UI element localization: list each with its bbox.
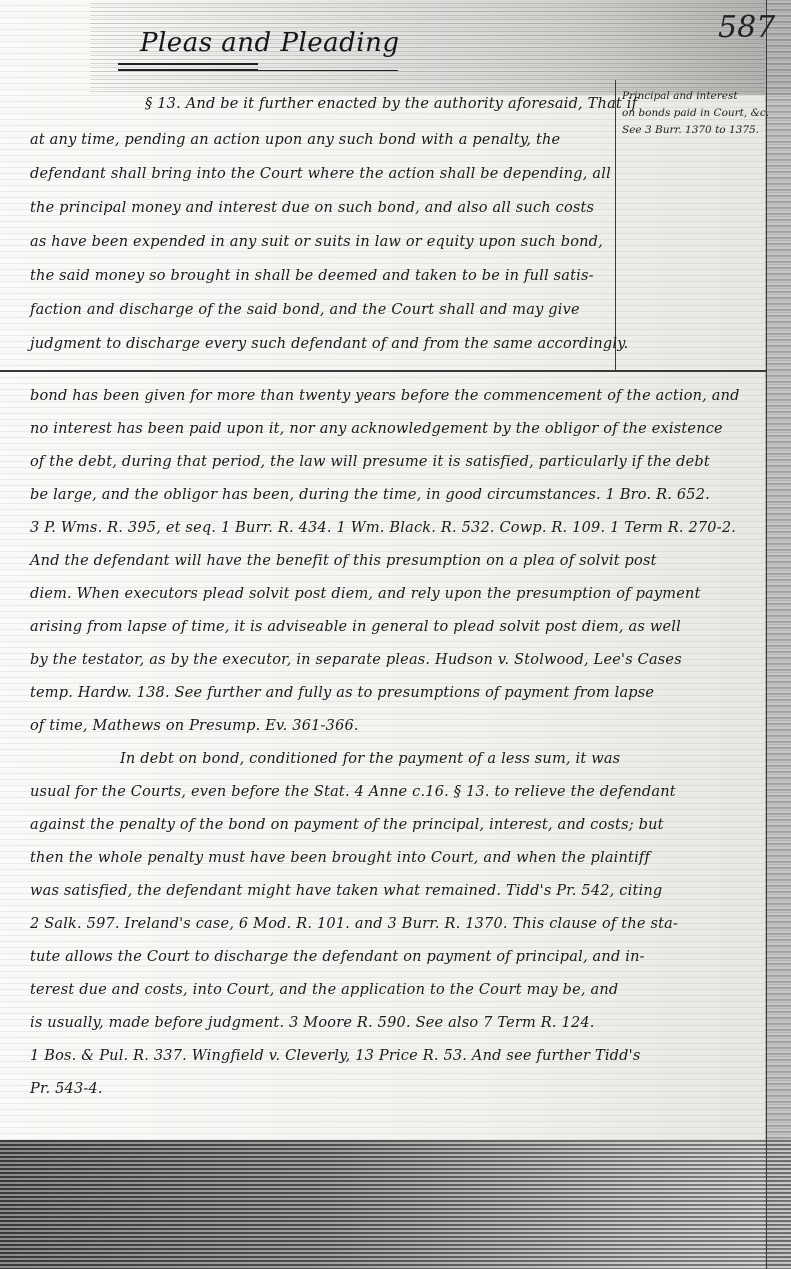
commentary-line: arising from lapse of time, it is advise… xyxy=(30,619,765,635)
section-divider xyxy=(0,370,766,372)
statute-line: faction and discharge of the said bond, … xyxy=(30,302,615,318)
statute-line: as have been expended in any suit or sui… xyxy=(30,234,615,250)
commentary-line: Pr. 543-4. xyxy=(30,1081,765,1097)
commentary-line: of time, Mathews on Presump. Ev. 361-366… xyxy=(30,718,765,734)
scan-edge-right xyxy=(765,0,791,1269)
title-flourish xyxy=(118,63,258,70)
commentary-line: of the debt, during that period, the law… xyxy=(30,454,765,470)
commentary-line: terest due and costs, into Court, and th… xyxy=(30,982,765,998)
commentary-line: temp. Hardw. 138. See further and fully … xyxy=(30,685,765,701)
commentary-line: And the defendant will have the benefit … xyxy=(30,553,765,569)
commentary-line: 3 P. Wms. R. 395, et seq. 1 Burr. R. 434… xyxy=(30,520,765,536)
commentary-line: 1 Bos. & Pul. R. 337. Wingfield v. Cleve… xyxy=(30,1048,765,1064)
statute-line: the principal money and interest due on … xyxy=(30,200,615,216)
statute-line: the said money so brought in shall be de… xyxy=(30,268,615,284)
commentary-line: usual for the Courts, even before the St… xyxy=(30,784,765,800)
margin-note-rule xyxy=(615,80,616,370)
commentary-line: be large, and the obligor has been, duri… xyxy=(30,487,765,503)
commentary-line: diem. When executors plead solvit post d… xyxy=(30,586,765,602)
commentary-line: against the penalty of the bond on payme… xyxy=(30,817,765,833)
statute-line: judgment to discharge every such defenda… xyxy=(30,336,615,352)
commentary-line: is usually, made before judgment. 3 Moor… xyxy=(30,1015,765,1031)
margin-note-line: See 3 Burr. 1370 to 1375. xyxy=(622,122,772,139)
commentary-line: no interest has been paid upon it, nor a… xyxy=(30,421,765,437)
statute-line: § 13. And be it further enacted by the a… xyxy=(145,96,730,112)
commentary-line: was satisfied, the defendant might have … xyxy=(30,883,765,899)
commentary-line: then the whole penalty must have been br… xyxy=(30,850,765,866)
statute-line: defendant shall bring into the Court whe… xyxy=(30,166,615,182)
scan-noise-bottom xyxy=(0,1140,791,1269)
commentary-line: In debt on bond, conditioned for the pay… xyxy=(120,751,791,767)
page-title: Pleas and Pleading xyxy=(140,28,400,58)
title-underline xyxy=(118,70,398,71)
commentary-line: tute allows the Court to discharge the d… xyxy=(30,949,765,965)
page-number: 587 xyxy=(718,10,775,45)
statute-line: at any time, pending an action upon any … xyxy=(30,132,615,148)
commentary-line: by the testator, as by the executor, in … xyxy=(30,652,765,668)
manuscript-page: 587 Pleas and Pleading Principal and int… xyxy=(0,0,791,1269)
commentary-line: bond has been given for more than twenty… xyxy=(30,388,765,404)
commentary-line: 2 Salk. 597. Ireland's case, 6 Mod. R. 1… xyxy=(30,916,765,932)
margin-rule-right xyxy=(766,0,767,1269)
